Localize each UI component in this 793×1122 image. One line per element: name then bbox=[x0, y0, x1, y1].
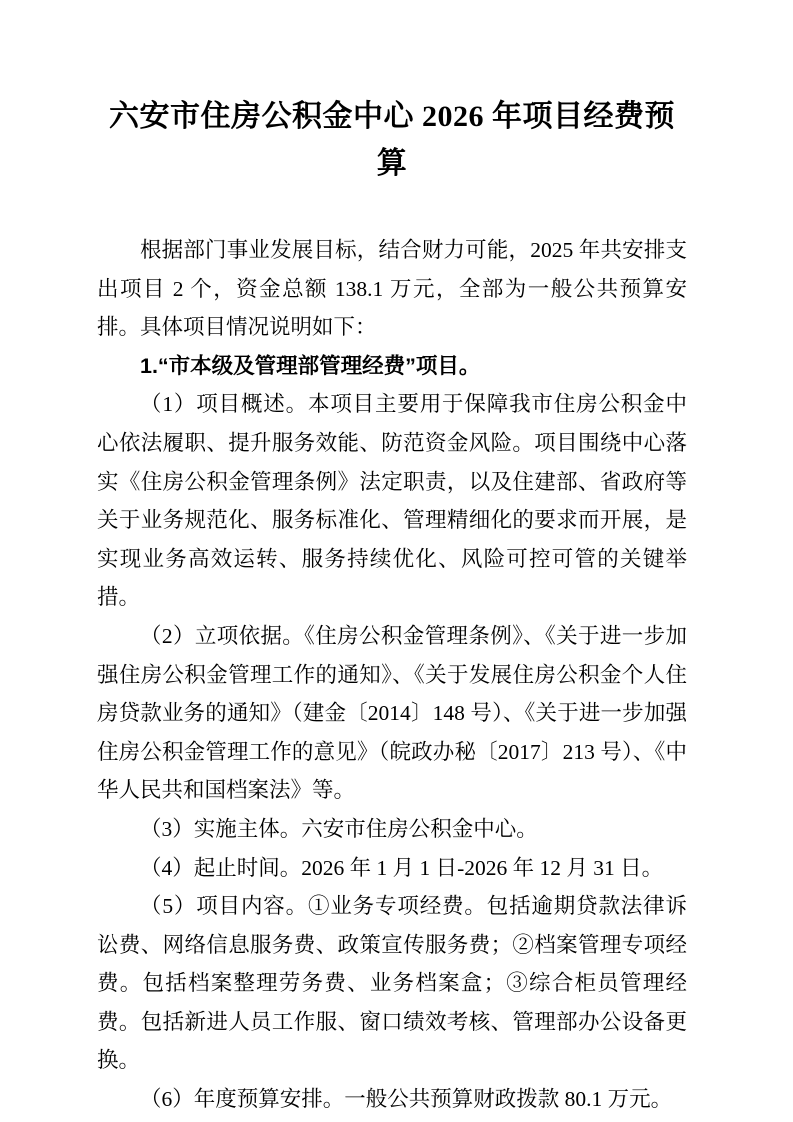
paragraph-project-overview: （1）项目概述。本项目主要用于保障我市住房公积金中心依法履职、提升服务效能、防范… bbox=[97, 385, 687, 617]
document-title: 六安市住房公积金中心 2026 年项目经费预算 bbox=[97, 93, 687, 187]
paragraph-time-span: （4）起止时间。2026 年 1 月 1 日-2026 年 12 月 31 日。 bbox=[97, 849, 687, 888]
intro-paragraph: 根据部门事业发展目标，结合财力可能，2025 年共安排支出项目 2 个，资金总额… bbox=[97, 231, 687, 347]
section-1-heading: 1.“市本级及管理部管理经费”项目。 bbox=[97, 347, 687, 386]
paragraph-project-content: （5）项目内容。①业务专项经费。包括逾期贷款法律诉讼费、网络信息服务费、政策宣传… bbox=[97, 887, 687, 1080]
document-page: 六安市住房公积金中心 2026 年项目经费预算 根据部门事业发展目标，结合财力可… bbox=[0, 0, 793, 1122]
paragraph-implementing-body: （3）实施主体。六安市住房公积金中心。 bbox=[97, 810, 687, 849]
paragraph-annual-budget: （6）年度预算安排。一般公共预算财政拨款 80.1 万元。 bbox=[97, 1080, 687, 1119]
paragraph-project-basis: （2）立项依据。《住房公积金管理条例》、《关于进一步加强住房公积金管理工作的通知… bbox=[97, 617, 687, 810]
